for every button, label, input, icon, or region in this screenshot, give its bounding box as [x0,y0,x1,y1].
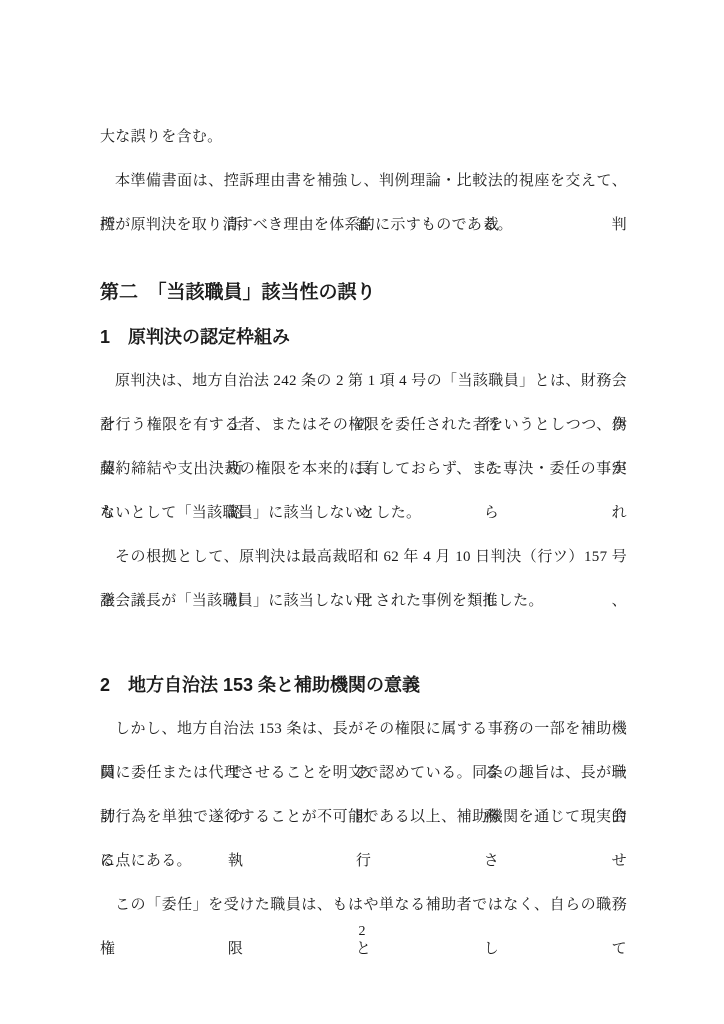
document-body: 大な誤りを含む。 本準備書面は、控訴理由書を補強し、判例理論・比較法的視座を交え… [100,115,627,927]
page-number: 2 [0,922,724,942]
body-line: 員に委任または代理させることを明文で認めている。同条の趣旨は、長が一切の財務会 [100,751,627,795]
body-line: 契約締結や支出決裁の権限を本来的に有しておらず、また専決・委任の事実も認められ [100,447,627,491]
body-line: 原判決は、地方自治法 242 条の 2 第 1 項 4 号の「当該職員」とは、財… [100,359,627,403]
body-line: 計行為を単独で遂行することが不可能である以上、補助機関を通じて現実的に執行させ [100,795,627,839]
subsection-heading-1: 1 原判決の認定枠組み [100,315,627,359]
body-line: その根拠として、原判決は最高裁昭和 62 年 4 月 10 日判決（行ツ）157… [100,535,627,579]
body-line: この「委任」を受けた職員は、もはや単なる補助者ではなく、自らの職務権限として [100,883,627,927]
body-line: 本準備書面は、控訴理由書を補強し、判例理論・比較法的視座を交えて、控訴審裁判 [100,159,627,203]
body-line: 大な誤りを含む。 [100,115,627,159]
document-page: 大な誤りを含む。 本準備書面は、控訴理由書を補強し、判例理論・比較法的視座を交え… [0,0,724,1024]
body-line: しかし、地方自治法 153 条は、長がその権限に属する事務の一部を補助機関である… [100,707,627,751]
section-heading: 第二 「当該職員」該当性の誤り [100,271,627,315]
body-line: を行う権限を有する者、またはその権限を委任された者をいうとしつつ、伊藤所長らが [100,403,627,447]
subsection-heading-2: 2 地方自治法 153 条と補助機関の意義 [100,663,627,707]
